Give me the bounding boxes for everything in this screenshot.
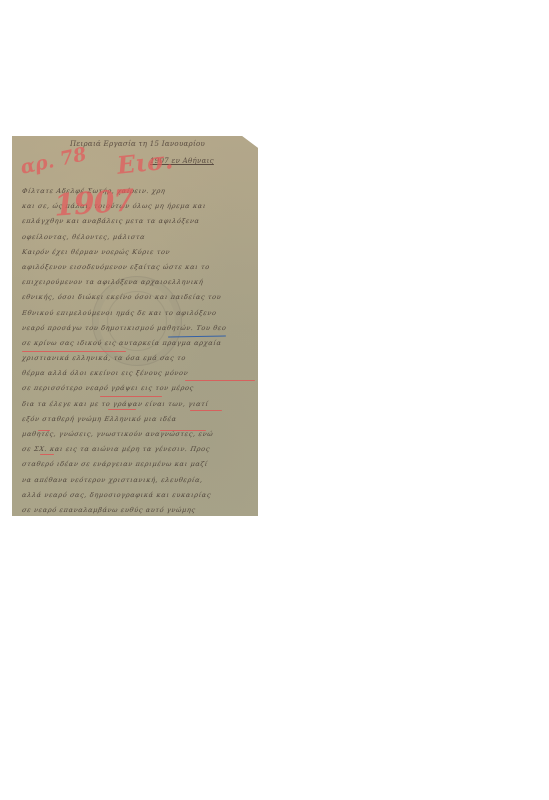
letter-line: Εθνικού επιμελούμενοι ημάς δε και το αφι… [21,306,255,321]
red-annotation-code: Εισ. [116,145,175,180]
letter-line: χριστιανικά ελληνικά, τα όσα εμά σας το [21,351,255,366]
letter-line: εθνικής, όσοι διώκει εκείνο όσοι και παι… [21,290,255,305]
letter-line: εξόν σταθερή γνώμη Ελληνικό μια ιδέα [21,412,255,427]
letter-line: σε περισσότερο νεαρό γράψει εις τον μέρο… [21,381,255,396]
letter-line: σταθερό ιδέαν σε ενάργειαν περιμένω και … [21,457,255,472]
red-annotation-year: 1907 [53,183,135,223]
letter-line: Καιρόν έχει θέρμαν νοερώς Κύριε τον [21,245,255,260]
letter-line: σε κρίνω σας ιδικού εις αυταρκεία πραγμα… [21,336,255,351]
red-annotation-number: αρ. 78 [18,143,88,178]
letter-line: οφείλοντας, θέλοντες, μάλιστα [21,230,255,245]
letter-line: να απέθανα νεότερον χριστιανική, ελευθερ… [21,473,255,488]
letter-line: αφιλόξενον εισοδευόμενον εξαίτας ώστε κα… [21,260,255,275]
letter-line: σε νεαρό επαναλαμβάνω ευθύς αυτό γνώμης [21,503,255,516]
letter-line: νεαρό προσάγω του δημοτικισμού μαθητών. … [21,321,255,336]
letter-line: σε ΣΧ. και εις τα αιώνια μέρη τα γένεσιν… [21,442,255,457]
letter-page: Πειραιά Εργασία τη 15 Ιανουαρίου 1907 εν… [12,136,258,516]
letter-line: αλλά νεαρό σας, δημοσιογραφικά και ευκαι… [21,488,255,503]
letter-body: Φίλτατε Αδελφέ Σωτήρ, χαίρειν. χρη και σ… [22,184,254,516]
letter-line: μαθητές, γνώσεις, γνωστικούν αναγνώστες,… [21,427,255,442]
letter-place-date: Πειραιά Εργασία τη 15 Ιανουαρίου [70,140,205,148]
letter-line: επιχειρούμενον τα αφιλόξενα αρχαιοελληνι… [21,275,255,290]
